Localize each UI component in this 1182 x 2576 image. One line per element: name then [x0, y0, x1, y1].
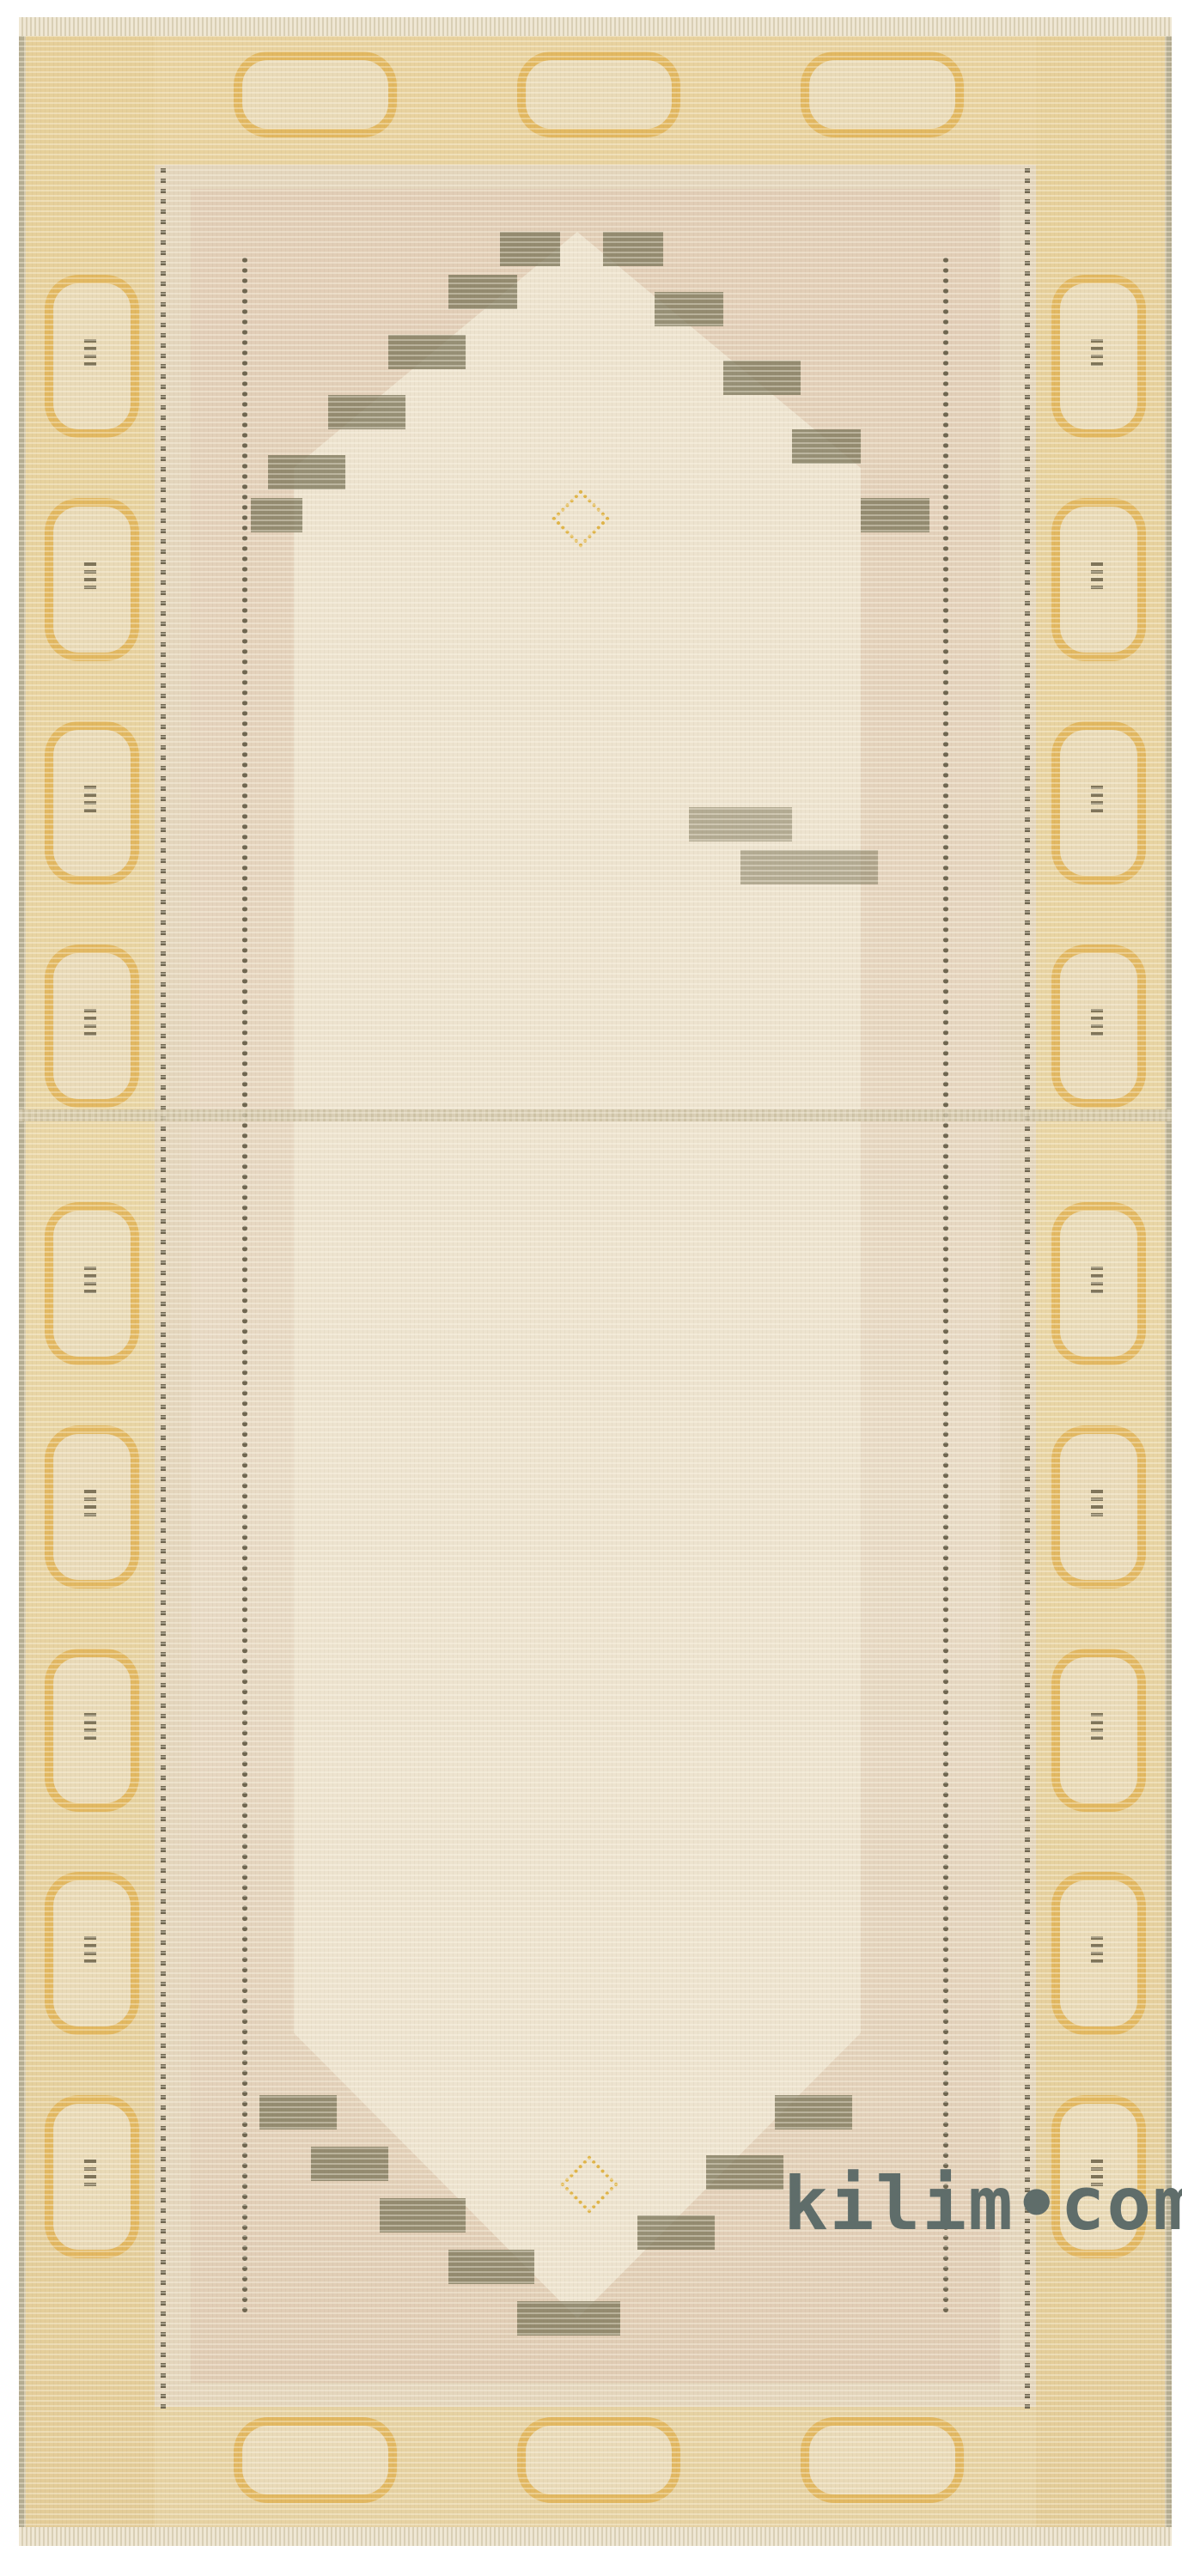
border-octagon-motif — [1051, 1649, 1146, 1812]
stepped-motif — [311, 2147, 388, 2181]
stepped-motif — [792, 429, 861, 464]
rug-fringe-top — [19, 17, 1172, 36]
border-octagon-motif — [45, 1649, 139, 1812]
stepped-motif — [603, 232, 663, 266]
stepped-motif — [448, 275, 517, 309]
border-octagon-motif — [45, 498, 139, 661]
stepped-motif — [448, 2250, 534, 2284]
stepped-motif — [655, 292, 723, 326]
watermark-text: kilim•com — [783, 2161, 1182, 2247]
stepped-motif — [268, 455, 345, 489]
border-octagon-motif — [801, 52, 964, 137]
border-octagon-motif — [45, 1202, 139, 1365]
border-octagon-motif — [45, 721, 139, 884]
border-octagon-motif — [1051, 1202, 1146, 1365]
border-octagon-motif — [45, 945, 139, 1108]
border-octagon-motif — [801, 2417, 964, 2503]
border-octagon-motif — [45, 1425, 139, 1589]
stepped-motif — [723, 361, 801, 395]
stepped-motif — [740, 850, 878, 884]
border-octagon-motif — [45, 1872, 139, 2035]
border-octagon-motif — [517, 2417, 680, 2503]
stepped-motif — [517, 2301, 620, 2336]
border-octagon-motif — [1051, 275, 1146, 438]
border-octagon-motif — [1051, 945, 1146, 1108]
border-guard-line — [161, 163, 166, 2409]
rug-fringe-bottom — [19, 2527, 1172, 2546]
stepped-motif — [328, 395, 405, 429]
border-octagon-motif — [1051, 721, 1146, 884]
stepped-motif — [706, 2155, 783, 2190]
stepped-motif — [380, 2198, 466, 2233]
border-octagon-motif — [234, 2417, 397, 2503]
rug-seam — [19, 1109, 1172, 1121]
stepped-motif — [259, 2095, 337, 2129]
border-octagon-motif — [1051, 1425, 1146, 1589]
border-octagon-motif — [1051, 1872, 1146, 2035]
border-octagon-motif — [234, 52, 397, 137]
stepped-motif — [861, 498, 929, 532]
stepped-motif — [251, 498, 302, 532]
border-octagon-motif — [45, 2095, 139, 2258]
watermark-logo: kilim•com — [783, 2166, 1182, 2243]
border-octagon-motif — [1051, 498, 1146, 661]
stepped-motif — [775, 2095, 852, 2129]
stepped-motif — [500, 232, 560, 266]
stepped-motif — [637, 2215, 715, 2250]
stepped-motif — [689, 807, 792, 841]
stepped-motif — [388, 335, 466, 369]
border-octagon-motif — [517, 52, 680, 137]
border-octagon-motif — [45, 275, 139, 438]
border-guard-line — [1025, 163, 1030, 2409]
